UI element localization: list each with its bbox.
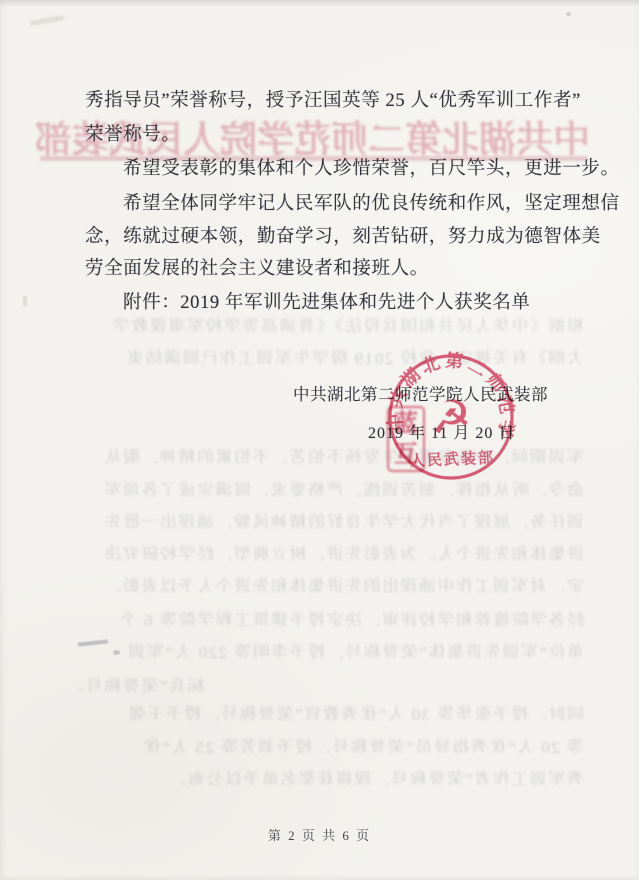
scan-smudge xyxy=(566,12,571,16)
bleedthrough-line: 单位“军训先进集体”荣誉称号，授予李明等 220 人“军训 xyxy=(66,638,584,658)
secondary-stamp-char: 蓝 xyxy=(394,412,418,436)
page-number-footer: 第 2 页 共 6 页 xyxy=(0,825,639,844)
bleedthrough-line: 标兵”荣誉称号。 xyxy=(66,672,584,692)
scan-smudge xyxy=(23,296,27,306)
bleedthrough-letterhead-rule xyxy=(40,156,588,161)
bleedthrough-line: 进集体和先进个人。为表彰先进，树立典型，经学校研究决 xyxy=(66,540,584,560)
hammer-sickle-icon: ☭ xyxy=(429,389,472,444)
attachment-line: 附件：2019 年军训先进集体和先进个人获奖名单 xyxy=(123,288,531,314)
scanned-document-page: 中共湖北第二师范学院人民武装部 根据《中华人民共和国兵役法》《普通高等学校军事课… xyxy=(0,0,639,880)
body-line: 念，练就过硬本领，勤奋学习，刻苦钻研，努力成为德智体美 xyxy=(85,222,601,248)
body-line: 希望全体同学牢记人民军队的优良传统和作风，坚定理想信 xyxy=(123,189,620,215)
bleedthrough-line: 根据《中华人民共和国兵役法》《普通高等学校军事课教学 xyxy=(66,312,584,332)
secondary-stamp: 蓝 互 xyxy=(387,406,425,472)
bleedthrough-line: 秀军训工作者”荣誉称号，现将获奖名单予以公布。 xyxy=(66,765,584,785)
scan-smudge xyxy=(30,15,64,26)
secondary-stamp-char: 互 xyxy=(394,443,418,467)
bleedthrough-line: 同时，授予张华等 30 人“优秀教官”荣誉称号，授予王强 xyxy=(66,700,584,720)
bleedthrough-line: 经各学院推荐和学校评审，决定授予建筑工程学院等 6 个 xyxy=(66,606,584,626)
body-line: 劳全面发展的社会主义建设者和接班人。 xyxy=(85,254,429,280)
bleedthrough-line: 定，对军训工作中涌现出的先进集体和先进个人予以表彰。 xyxy=(66,572,584,592)
bleedthrough-line: 训任务，展现了当代大学生良好的精神风貌，涌现出一批先 xyxy=(66,508,584,528)
bleedthrough-line: 等 20 人“优秀指导员”荣誉称号，授予刘芳等 25 人“优 xyxy=(66,733,584,753)
bleedthrough-letterhead-title: 中共湖北第二师范学院人民武装部 xyxy=(28,109,590,163)
